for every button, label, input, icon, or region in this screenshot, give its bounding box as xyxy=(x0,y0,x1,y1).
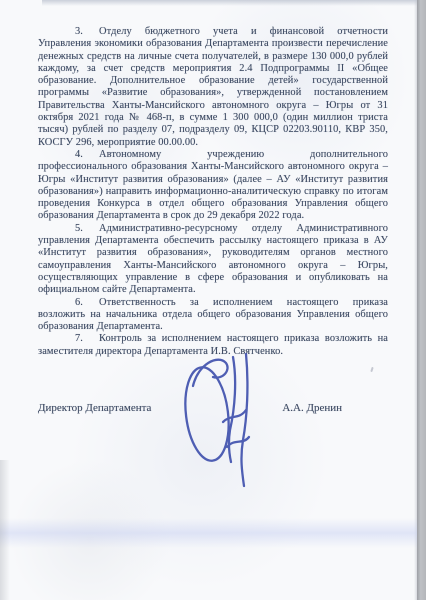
director-title-label: Директор Департамента xyxy=(38,402,151,414)
scan-top-edge-shadow xyxy=(42,0,417,6)
paragraph-text: Автономному учреждению дополнительного п… xyxy=(38,149,388,221)
paragraph-number: 4. xyxy=(75,149,83,160)
director-name-label: А.А. Дренин xyxy=(282,402,342,414)
paragraph-number: 5. xyxy=(75,223,83,234)
paragraph-number: 6. xyxy=(75,297,83,308)
paragraph-4: 4.Автономному учреждению дополнительного… xyxy=(38,149,388,223)
paragraph-5: 5.Административно-ресурсному отделу Адми… xyxy=(38,223,388,297)
scanned-document-page: 3.Отделу бюджетного учета и финансовой о… xyxy=(0,0,426,600)
paragraph-6: 6.Ответственность за исполнением настоящ… xyxy=(38,297,388,334)
scan-blue-band-artifact xyxy=(0,518,417,548)
handwritten-signature-icon xyxy=(180,350,260,492)
scan-right-edge-shadow xyxy=(417,0,426,600)
paragraph-number: 7. xyxy=(75,333,83,344)
paragraph-number: 3. xyxy=(75,26,83,37)
paragraph-text: Административно-ресурсному отделу Админи… xyxy=(38,223,388,295)
scan-speck-artifact xyxy=(370,367,373,372)
document-body: 3.Отделу бюджетного учета и финансовой о… xyxy=(38,26,388,358)
paragraph-3: 3.Отделу бюджетного учета и финансовой о… xyxy=(38,26,388,149)
paragraph-text: Отделу бюджетного учета и финансовой отч… xyxy=(38,26,388,148)
scan-left-bottom-shadow xyxy=(0,460,10,600)
paragraph-text: Ответственность за исполнением настоящег… xyxy=(38,297,388,333)
